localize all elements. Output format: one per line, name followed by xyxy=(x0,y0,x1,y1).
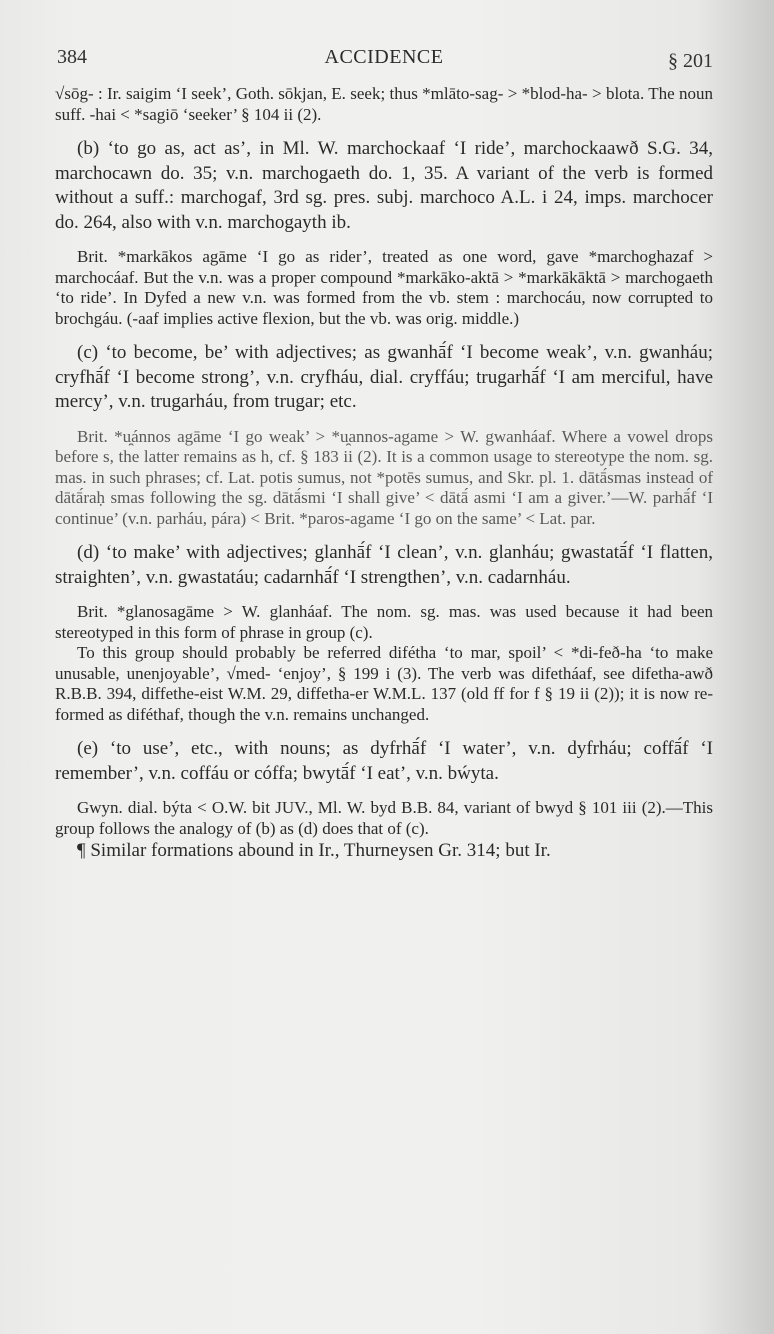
paragraph-e-to-use: (e) ‘to use’, etc., with nouns; as dyfrh… xyxy=(55,737,713,786)
paragraph-similar-formations: ¶ Similar formations abound in Ir., Thur… xyxy=(55,839,713,864)
paragraph-brit-glanosagame: Brit. *glanosagāme > W. glanháaf. The no… xyxy=(55,602,713,643)
paragraph-c-to-become: (c) ‘to become, be’ with adjectives; as … xyxy=(55,341,713,415)
paragraph-difetha: To this group should probably be referre… xyxy=(55,643,713,725)
paragraph-root-sog: √sōg- : Ir. saigim ‘I seek’, Goth. sōkja… xyxy=(55,84,713,125)
paragraph-brit-uannos: Brit. *u̯ánnos agāme ‘I go weak’ > *u̯an… xyxy=(55,427,713,530)
section-number: § 201 xyxy=(668,50,713,73)
page-header: 384 ACCIDENCE § 201 xyxy=(55,46,713,76)
paragraph-b-to-go-as: (b) ‘to go as, act as’, in Ml. W. marcho… xyxy=(55,137,713,235)
running-title: ACCIDENCE xyxy=(55,46,713,69)
paragraph-d-to-make: (d) ‘to make’ with adjectives; glanhā́f … xyxy=(55,541,713,590)
paragraph-brit-markakos: Brit. *markākos agāme ‘I go as rider’, t… xyxy=(55,247,713,329)
paragraph-gwyn-dial: Gwyn. dial. býta < O.W. bit JUV., Ml. W.… xyxy=(55,798,713,839)
book-page: 384 ACCIDENCE § 201 √sōg- : Ir. saigim ‘… xyxy=(55,46,713,864)
